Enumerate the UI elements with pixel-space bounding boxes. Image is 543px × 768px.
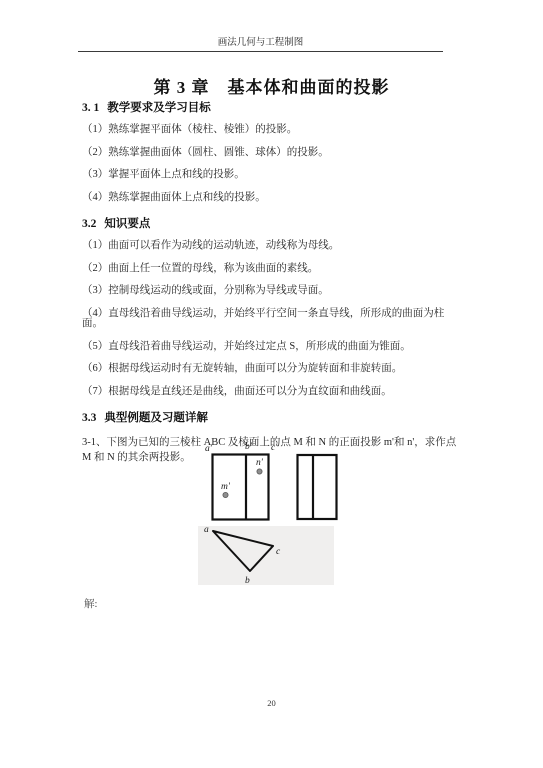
- point-m-prime-dot: [223, 492, 228, 497]
- section-title: 知识要点: [104, 218, 150, 230]
- figure-shading: [198, 526, 334, 585]
- list-item: （1）熟练掌握平面体（棱柱、棱锥）的投影。: [82, 125, 464, 136]
- label-b-prime: b': [245, 442, 252, 452]
- label-c: c: [276, 547, 280, 557]
- section-heading-3-1: 3. 1教学要求及学习目标: [82, 99, 464, 115]
- section-number: 3.2: [82, 218, 96, 230]
- list-item: （2）熟练掌握曲面体（圆柱、圆锥、球体）的投影。: [82, 148, 464, 159]
- side-view-outline: [298, 455, 337, 519]
- section-heading-3-3: 3.3典型例题及习题详解: [82, 409, 464, 425]
- list-item: （2）曲面上任一位置的母线，称为该曲面的素线。: [82, 264, 464, 275]
- label-c-prime: c': [271, 443, 277, 453]
- page-header: 画法几何与工程制图: [78, 34, 443, 52]
- projection-figure: a' b' c' m' n' a b c: [195, 440, 345, 590]
- section-number: 3.3: [82, 412, 96, 424]
- list-item: （3）控制母线运动的线或面，分别称为导线或导面。: [82, 286, 464, 297]
- label-b: b: [245, 576, 250, 586]
- list-item: （6）根据母线运动时有无旋转轴，曲面可以分为旋转面和非旋转面。: [82, 364, 464, 375]
- header-title: 画法几何与工程制图: [218, 38, 304, 48]
- label-a: a: [204, 525, 209, 535]
- section-title: 典型例题及习题详解: [104, 412, 208, 424]
- list-item: （4）熟练掌握曲面体上点和线的投影。: [82, 193, 464, 204]
- solution-label: 解:: [84, 596, 97, 611]
- list-item: （4）直母线沿着曲导线运动，并始终平行空间一条直导线，所形成的曲面为柱面。: [82, 309, 464, 330]
- page-number: 20: [0, 698, 543, 708]
- list-item: （7）根据母线是直线还是曲线，曲面还可以分为直纹面和曲线面。: [82, 387, 464, 398]
- section-title: 教学要求及学习目标: [107, 102, 211, 114]
- list-item: （1）曲面可以看作为动线的运动轨迹，动线称为母线。: [82, 241, 464, 252]
- point-n-prime-dot: [257, 469, 262, 474]
- projection-drawing: [195, 440, 345, 590]
- label-m-prime: m': [221, 482, 230, 492]
- list-item: （3）掌握平面体上点和线的投影。: [82, 170, 464, 181]
- label-a-prime: a': [205, 444, 212, 454]
- page-content: 3. 1教学要求及学习目标 （1）熟练掌握平面体（棱柱、棱锥）的投影。 （2）熟…: [82, 99, 464, 465]
- label-n-prime: n': [256, 458, 263, 468]
- section-number: 3. 1: [82, 102, 99, 114]
- section-heading-3-2: 3.2知识要点: [82, 215, 464, 231]
- document-page: 画法几何与工程制图 第 3 章 基本体和曲面的投影 3. 1教学要求及学习目标 …: [0, 0, 543, 768]
- list-item: （5）直母线沿着曲导线运动，并始终过定点 S，所形成的曲面为锥面。: [82, 342, 464, 353]
- chapter-title: 第 3 章 基本体和曲面的投影: [0, 73, 543, 98]
